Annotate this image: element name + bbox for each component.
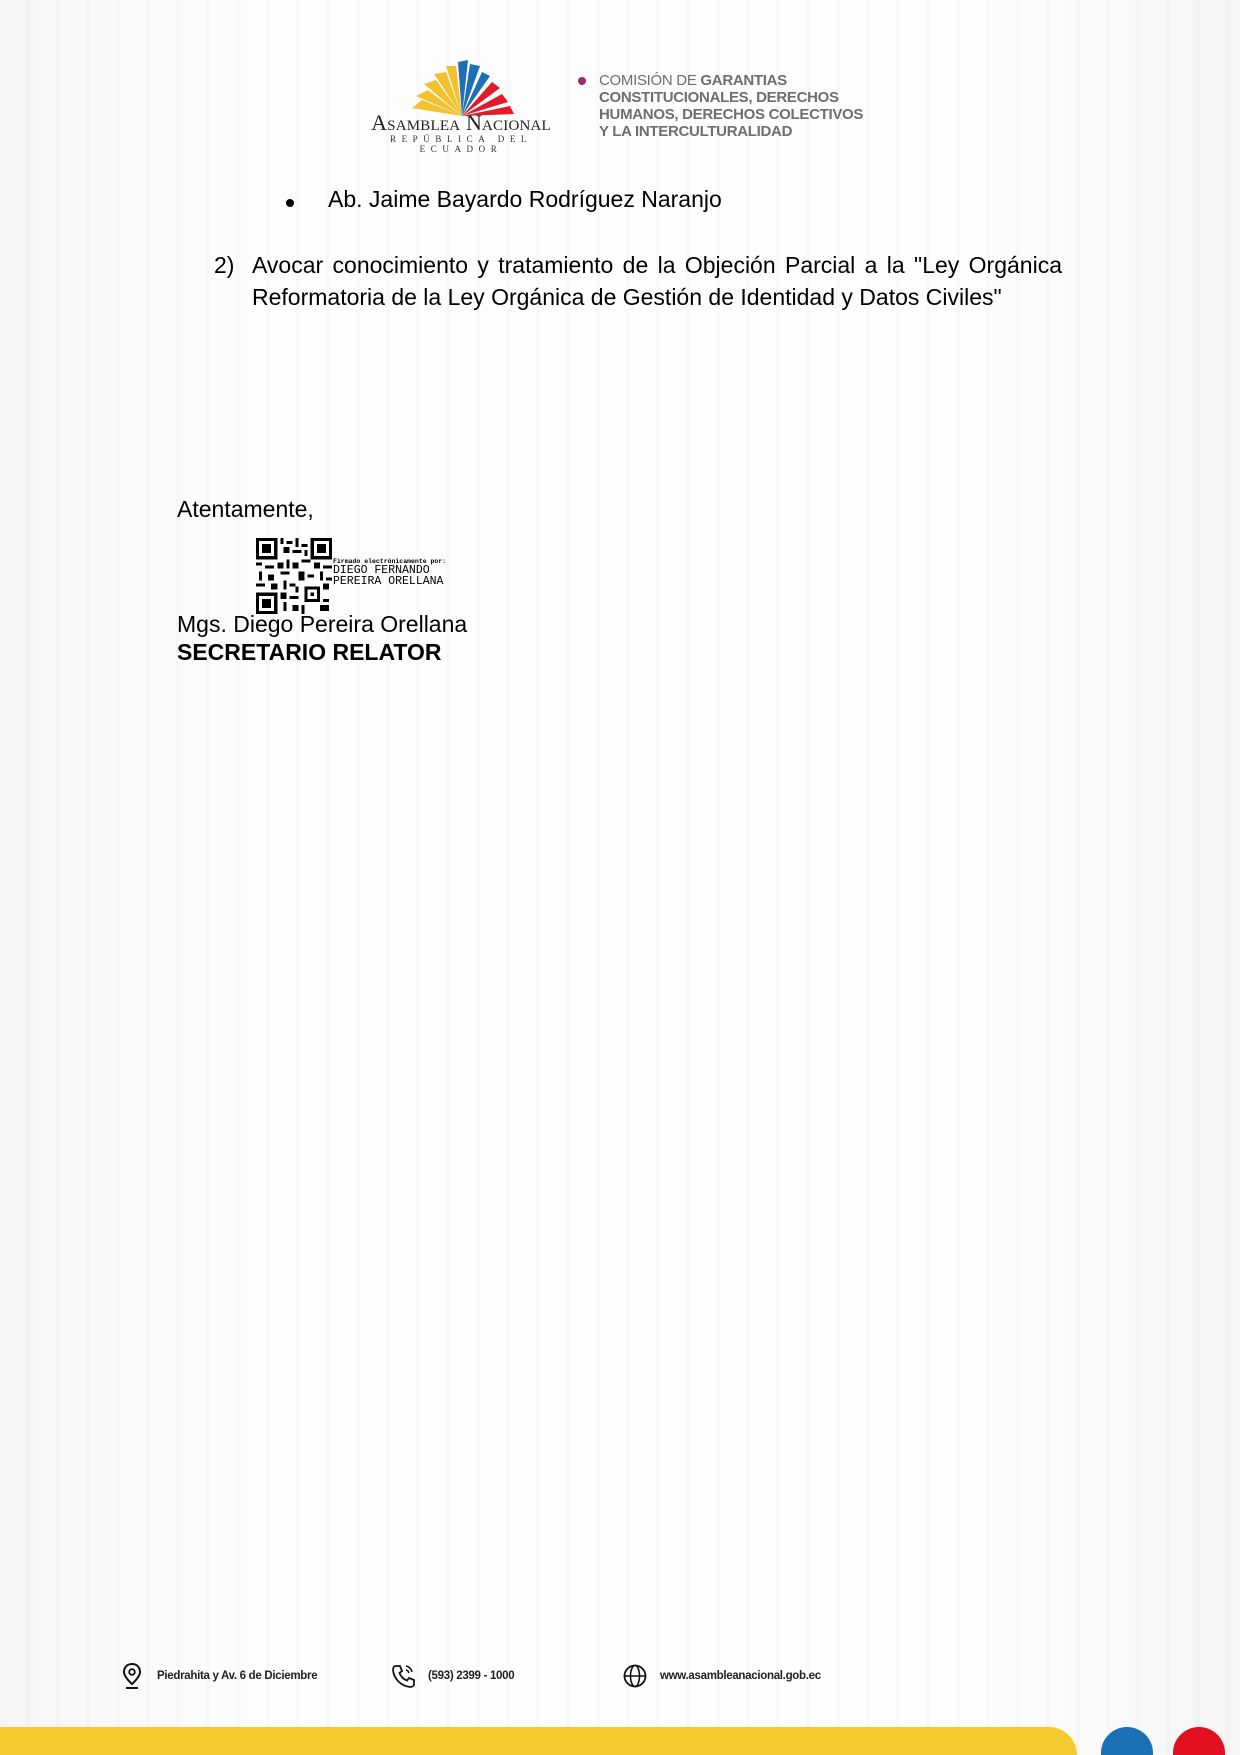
asamblea-nacional-logo: Asamblea Nacional REPÚBLICA DEL ECUADOR bbox=[356, 54, 566, 144]
esign-name-line-2: PEREIRA ORELLANA bbox=[333, 576, 446, 587]
signer-role: SECRETARIO RELATOR bbox=[177, 639, 442, 666]
footer-tab-red bbox=[1173, 1727, 1225, 1755]
footer-website: www.asambleanacional.gob.ec bbox=[622, 1662, 821, 1690]
phone-icon bbox=[390, 1662, 416, 1690]
commission-line-2: CONSTITUCIONALES, DERECHOS bbox=[599, 89, 863, 106]
footer-phone-text: (593) 2399 - 1000 bbox=[428, 1670, 514, 1682]
commission-line-4: Y LA INTERCULTURALIDAD bbox=[599, 123, 863, 140]
footer-address-text: Piedrahita y Av. 6 de Diciembre bbox=[157, 1670, 317, 1682]
signer-name: Mgs. Diego Pereira Orellana bbox=[177, 611, 467, 638]
footer-website-text: www.asambleanacional.gob.ec bbox=[660, 1670, 821, 1682]
logo-title: Asamblea Nacional bbox=[356, 110, 566, 136]
commission-line-3: HUMANOS, DERECHOS COLECTIVOS bbox=[599, 106, 863, 123]
item-number: 2) bbox=[214, 250, 234, 282]
footer-phone: (593) 2399 - 1000 bbox=[390, 1662, 514, 1690]
map-pin-icon bbox=[119, 1662, 145, 1690]
closing-salutation: Atentamente, bbox=[177, 496, 314, 523]
globe-icon bbox=[622, 1662, 648, 1690]
footer-bar-yellow bbox=[0, 1727, 1077, 1755]
commission-line-1: COMISIÓN DE GARANTIAS bbox=[599, 72, 863, 89]
electronic-signature-stamp: Firmado electrónicamente por: DIEGO FERN… bbox=[333, 558, 446, 587]
item-text: Avocar conocimiento y tratamiento de la … bbox=[252, 250, 1062, 313]
commission-bullet-icon bbox=[578, 77, 586, 85]
bullet-text: Ab. Jaime Bayardo Rodríguez Naranjo bbox=[328, 186, 722, 213]
bullet-icon bbox=[286, 199, 294, 207]
footer-tab-blue bbox=[1101, 1727, 1153, 1755]
qr-code-signature-icon bbox=[256, 538, 332, 614]
footer-address: Piedrahita y Av. 6 de Diciembre bbox=[119, 1662, 317, 1690]
logo-subtitle: REPÚBLICA DEL ECUADOR bbox=[356, 134, 566, 154]
logo-fan-icon bbox=[408, 58, 516, 116]
